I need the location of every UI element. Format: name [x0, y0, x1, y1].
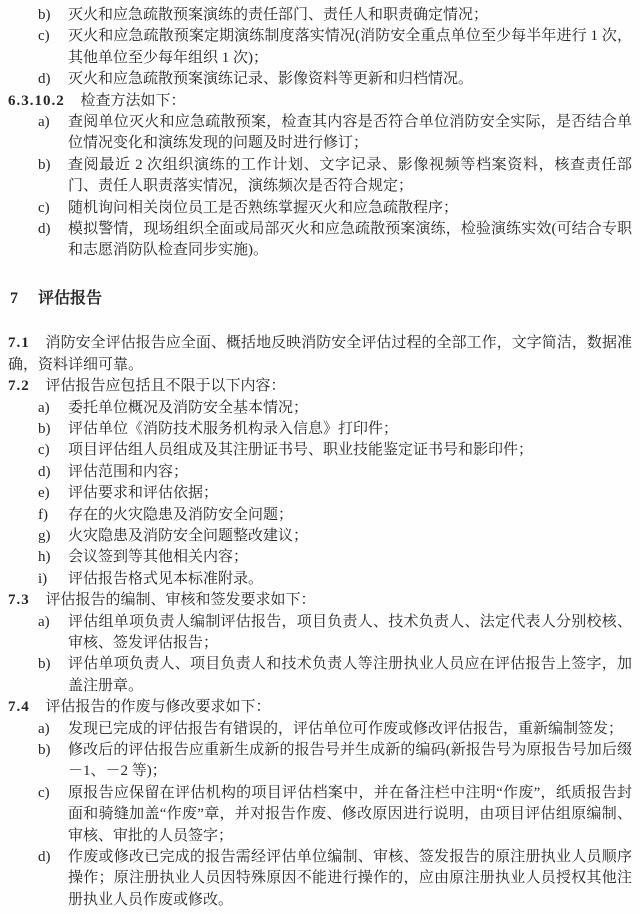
list-item-text: 查阅单位灭火和应急疏散预案，检查其内容是否符合单位消防安全实际，是否结合单位情况… — [68, 114, 632, 151]
list-item-text: 评估单项负责人、项目负责人和技术负责人等注册执业人员应在评估报告上签字，加盖注册… — [68, 656, 632, 693]
list-item-h: h) 会议签到等其他相关内容； — [8, 547, 632, 568]
section-title: 评估报告 — [38, 290, 102, 307]
list-item-d: d) 模拟警情，现场组织全面或局部灭火和应急疏散预案演练，检验演练实效(可结合专… — [8, 219, 632, 262]
list-item-text: 评估报告格式见本标准附录。 — [68, 571, 263, 587]
list-item-g: g) 火灾隐患及消防安全问题整改建议； — [8, 526, 632, 547]
list-item-d: d) 作废或修改已完成的报告需经评估单位编制、审核、签发报告的原注册执业人员顺序… — [8, 847, 632, 911]
clause-number: 7.4 — [8, 699, 30, 715]
list-item-text: 评估范围和内容； — [68, 464, 188, 480]
list-item-label: h) — [38, 547, 51, 568]
list-item-c: c) 原报告应保留在评估机构的项目评估档案中，并在备注栏中注明“作废”，纸质报告… — [8, 783, 632, 847]
list-item-text: 模拟警情，现场组织全面或局部灭火和应急疏散预案演练，检验演练实效(可结合专职和志… — [68, 221, 632, 258]
list-item-a: a) 查阅单位灭火和应急疏散预案，检查其内容是否符合单位消防安全实际，是否结合单… — [8, 112, 632, 155]
list-item-label: a) — [38, 719, 50, 740]
list-item-text: 灭火和应急疏散预案演练记录、影像资料等更新和归档情况。 — [68, 71, 473, 87]
list-item-b: b) 评估单位《消防技术服务机构录入信息》打印件； — [8, 419, 632, 440]
list-item-label: d) — [38, 69, 51, 90]
clause-number: 7.2 — [8, 378, 30, 394]
clause-7-1: 7.1 消防安全评估报告应全面、概括地反映消防安全评估过程的全部工作，文字简洁，… — [8, 333, 632, 376]
list-item-text: 随机询问相关岗位员工是否熟练掌握灭火和应急疏散程序； — [68, 200, 458, 216]
list-item-label: b) — [38, 654, 51, 675]
list-item-text: 委托单位概况及消防安全基本情况； — [68, 400, 308, 416]
clause-number: 7.3 — [8, 592, 30, 608]
list-item-text: 会议签到等其他相关内容； — [68, 549, 248, 565]
clause-7-3: 7.3 评估报告的编制、审核和签发要求如下： — [8, 590, 632, 611]
list-item-b: b) 评估单项负责人、项目负责人和技术负责人等注册执业人员应在评估报告上签字，加… — [8, 654, 632, 697]
list-item-label: e) — [38, 483, 50, 504]
list-item-f: f) 存在的火灾隐患及消防安全问题； — [8, 505, 632, 526]
list-item-label: f) — [38, 505, 48, 526]
list-item-label: c) — [38, 440, 50, 461]
list-item-d: d) 灭火和应急疏散预案演练记录、影像资料等更新和归档情况。 — [8, 69, 632, 90]
list-item-a: a) 评估组单项负责人编制评估报告，项目负责人、技术负责人、法定代表人分别校核、… — [8, 612, 632, 655]
list-item-label: b) — [38, 5, 51, 26]
clause-7-4: 7.4 评估报告的作废与修改要求如下： — [8, 697, 632, 718]
list-item-label: g) — [38, 526, 51, 547]
list-item-label: d) — [38, 219, 51, 240]
clause-text: 评估报告的编制、审核和签发要求如下： — [46, 592, 316, 608]
list-item-text: 修改后的评估报告应重新生成新的报告号并生成新的编码(新报告号为原报告号加后缀－1… — [68, 742, 632, 779]
list-item-c: c) 项目评估组人员组成及其注册证书号、职业技能鉴定证书号和影印件； — [8, 440, 632, 461]
clause-text: 评估报告的作废与修改要求如下： — [46, 699, 271, 715]
clause-7-2: 7.2 评估报告应包括且不限于以下内容： — [8, 376, 632, 397]
clause-number: 7.1 — [8, 335, 30, 351]
clause-text: 评估报告应包括且不限于以下内容： — [46, 378, 286, 394]
clause-text: 消防安全评估报告应全面、概括地反映消防安全评估过程的全部工作，文字简洁，数据准确… — [8, 335, 632, 372]
list-item-label: c) — [38, 783, 50, 804]
list-item-label: b) — [38, 155, 51, 176]
list-item-label: b) — [38, 419, 51, 440]
list-item-label: a) — [38, 398, 50, 419]
list-item-text: 灭火和应急疏散预案定期演练制度落实情况(消防安全重点单位至少每半年进行 1 次，… — [68, 28, 632, 65]
list-item-i: i) 评估报告格式见本标准附录。 — [8, 569, 632, 590]
section-heading-7: 7 评估报告 — [10, 288, 632, 309]
list-item-label: c) — [38, 198, 50, 219]
list-item-label: d) — [38, 847, 51, 868]
clause-number: 6.3.10.2 — [8, 93, 65, 109]
list-item-a: a) 委托单位概况及消防安全基本情况； — [8, 398, 632, 419]
list-item-label: a) — [38, 112, 50, 133]
list-item-text: 评估要求和评估依据； — [68, 485, 218, 501]
list-item-text: 存在的火灾隐患及消防安全问题； — [68, 507, 293, 523]
list-item-text: 查阅最近 2 次组织演练的工作计划、文字记录、影像视频等档案资料，核查责任部门、… — [68, 157, 632, 194]
list-item-text: 原报告应保留在评估机构的项目评估档案中，并在备注栏中注明“作废”，纸质报告封面和… — [68, 785, 632, 844]
list-item-label: d) — [38, 462, 51, 483]
list-item-a: a) 发现已完成的评估报告有错误的，评估单位可作废或修改评估报告，重新编制签发； — [8, 719, 632, 740]
clause-text: 检查方法如下： — [81, 93, 186, 109]
list-item-label: i) — [38, 569, 47, 590]
list-item-text: 评估组单项负责人编制评估报告，项目负责人、技术负责人、法定代表人分别校核、审核、… — [68, 614, 632, 651]
list-item-text: 评估单位《消防技术服务机构录入信息》打印件； — [68, 421, 398, 437]
list-item-b: b) 修改后的评估报告应重新生成新的报告号并生成新的编码(新报告号为原报告号加后… — [8, 740, 632, 783]
clause-6-3-10-2: 6.3.10.2 检查方法如下： — [8, 91, 632, 112]
list-item-text: 作废或修改已完成的报告需经评估单位编制、审核、签发报告的原注册执业人员顺序操作；… — [68, 849, 632, 908]
list-item-c: c) 随机询问相关岗位员工是否熟练掌握灭火和应急疏散程序； — [8, 198, 632, 219]
list-item-label: b) — [38, 740, 51, 761]
list-item-text: 发现已完成的评估报告有错误的，评估单位可作废或修改评估报告，重新编制签发； — [68, 721, 623, 737]
list-item-e: e) 评估要求和评估依据； — [8, 483, 632, 504]
list-item-text: 项目评估组人员组成及其注册证书号、职业技能鉴定证书号和影印件； — [68, 442, 533, 458]
document-page: b) 灭火和应急疏散预案演练的责任部门、责任人和职责确定情况； c) 灭火和应急… — [0, 0, 640, 914]
list-item-b: b) 查阅最近 2 次组织演练的工作计划、文字记录、影像视频等档案资料，核查责任… — [8, 155, 632, 198]
list-item-text: 火灾隐患及消防安全问题整改建议； — [68, 528, 308, 544]
list-item-text: 灭火和应急疏散预案演练的责任部门、责任人和职责确定情况； — [68, 7, 488, 23]
list-item-d: d) 评估范围和内容； — [8, 462, 632, 483]
list-item-c: c) 灭火和应急疏散预案定期演练制度落实情况(消防安全重点单位至少每半年进行 1… — [8, 26, 632, 69]
list-item-b: b) 灭火和应急疏散预案演练的责任部门、责任人和职责确定情况； — [8, 5, 632, 26]
section-number: 7 — [10, 290, 18, 307]
list-item-label: c) — [38, 26, 50, 47]
list-item-label: a) — [38, 612, 50, 633]
